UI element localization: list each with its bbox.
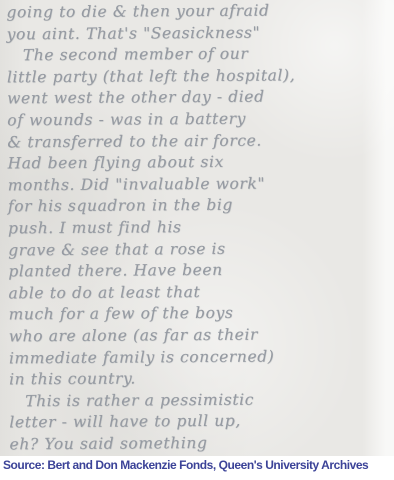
handwriting-block: going to die & then your afraid you aint… bbox=[6, 0, 393, 456]
handwritten-line: & transferred to the air force. bbox=[7, 129, 391, 153]
handwritten-line: push. I must find his bbox=[8, 216, 392, 240]
handwritten-line: months. Did "invaluable work" bbox=[8, 172, 392, 196]
handwritten-line: This is rather a pessimistic bbox=[9, 388, 393, 412]
handwritten-line: you aint. That's "Seasickness" bbox=[7, 21, 391, 45]
handwritten-line: much for a few of the boys bbox=[9, 302, 393, 326]
handwritten-line: letter - will have to pull up, bbox=[9, 410, 393, 434]
handwritten-line: eh? You said something bbox=[9, 432, 393, 456]
letter-scan: going to die & then your afraid you aint… bbox=[0, 0, 394, 457]
handwritten-line: grave & see that a rose is bbox=[8, 237, 392, 261]
handwritten-line: planted there. Have been bbox=[8, 259, 392, 283]
handwritten-line: little party (that left the hospital), bbox=[7, 64, 391, 88]
source-caption: Source: Bert and Don Mackenzie Fonds, Qu… bbox=[0, 456, 394, 474]
letter-page: going to die & then your afraid you aint… bbox=[0, 0, 394, 480]
handwritten-line: going to die & then your afraid bbox=[6, 0, 390, 24]
handwritten-line: able to do at least that bbox=[8, 280, 392, 304]
handwritten-line: The second member of our bbox=[7, 43, 391, 67]
source-caption-text: Source: Bert and Don Mackenzie Fonds, Qu… bbox=[0, 458, 368, 472]
handwritten-line: in this country. bbox=[9, 367, 393, 391]
handwritten-line: immediate family is concerned) bbox=[9, 345, 393, 369]
handwritten-line: for his squadron in the big bbox=[8, 194, 392, 218]
handwritten-line: went west the other day - died bbox=[7, 86, 391, 110]
handwritten-line: Had been flying about six bbox=[7, 151, 391, 175]
handwritten-line: who are alone (as far as their bbox=[9, 324, 393, 348]
handwritten-line: of wounds - was in a battery bbox=[7, 108, 391, 132]
